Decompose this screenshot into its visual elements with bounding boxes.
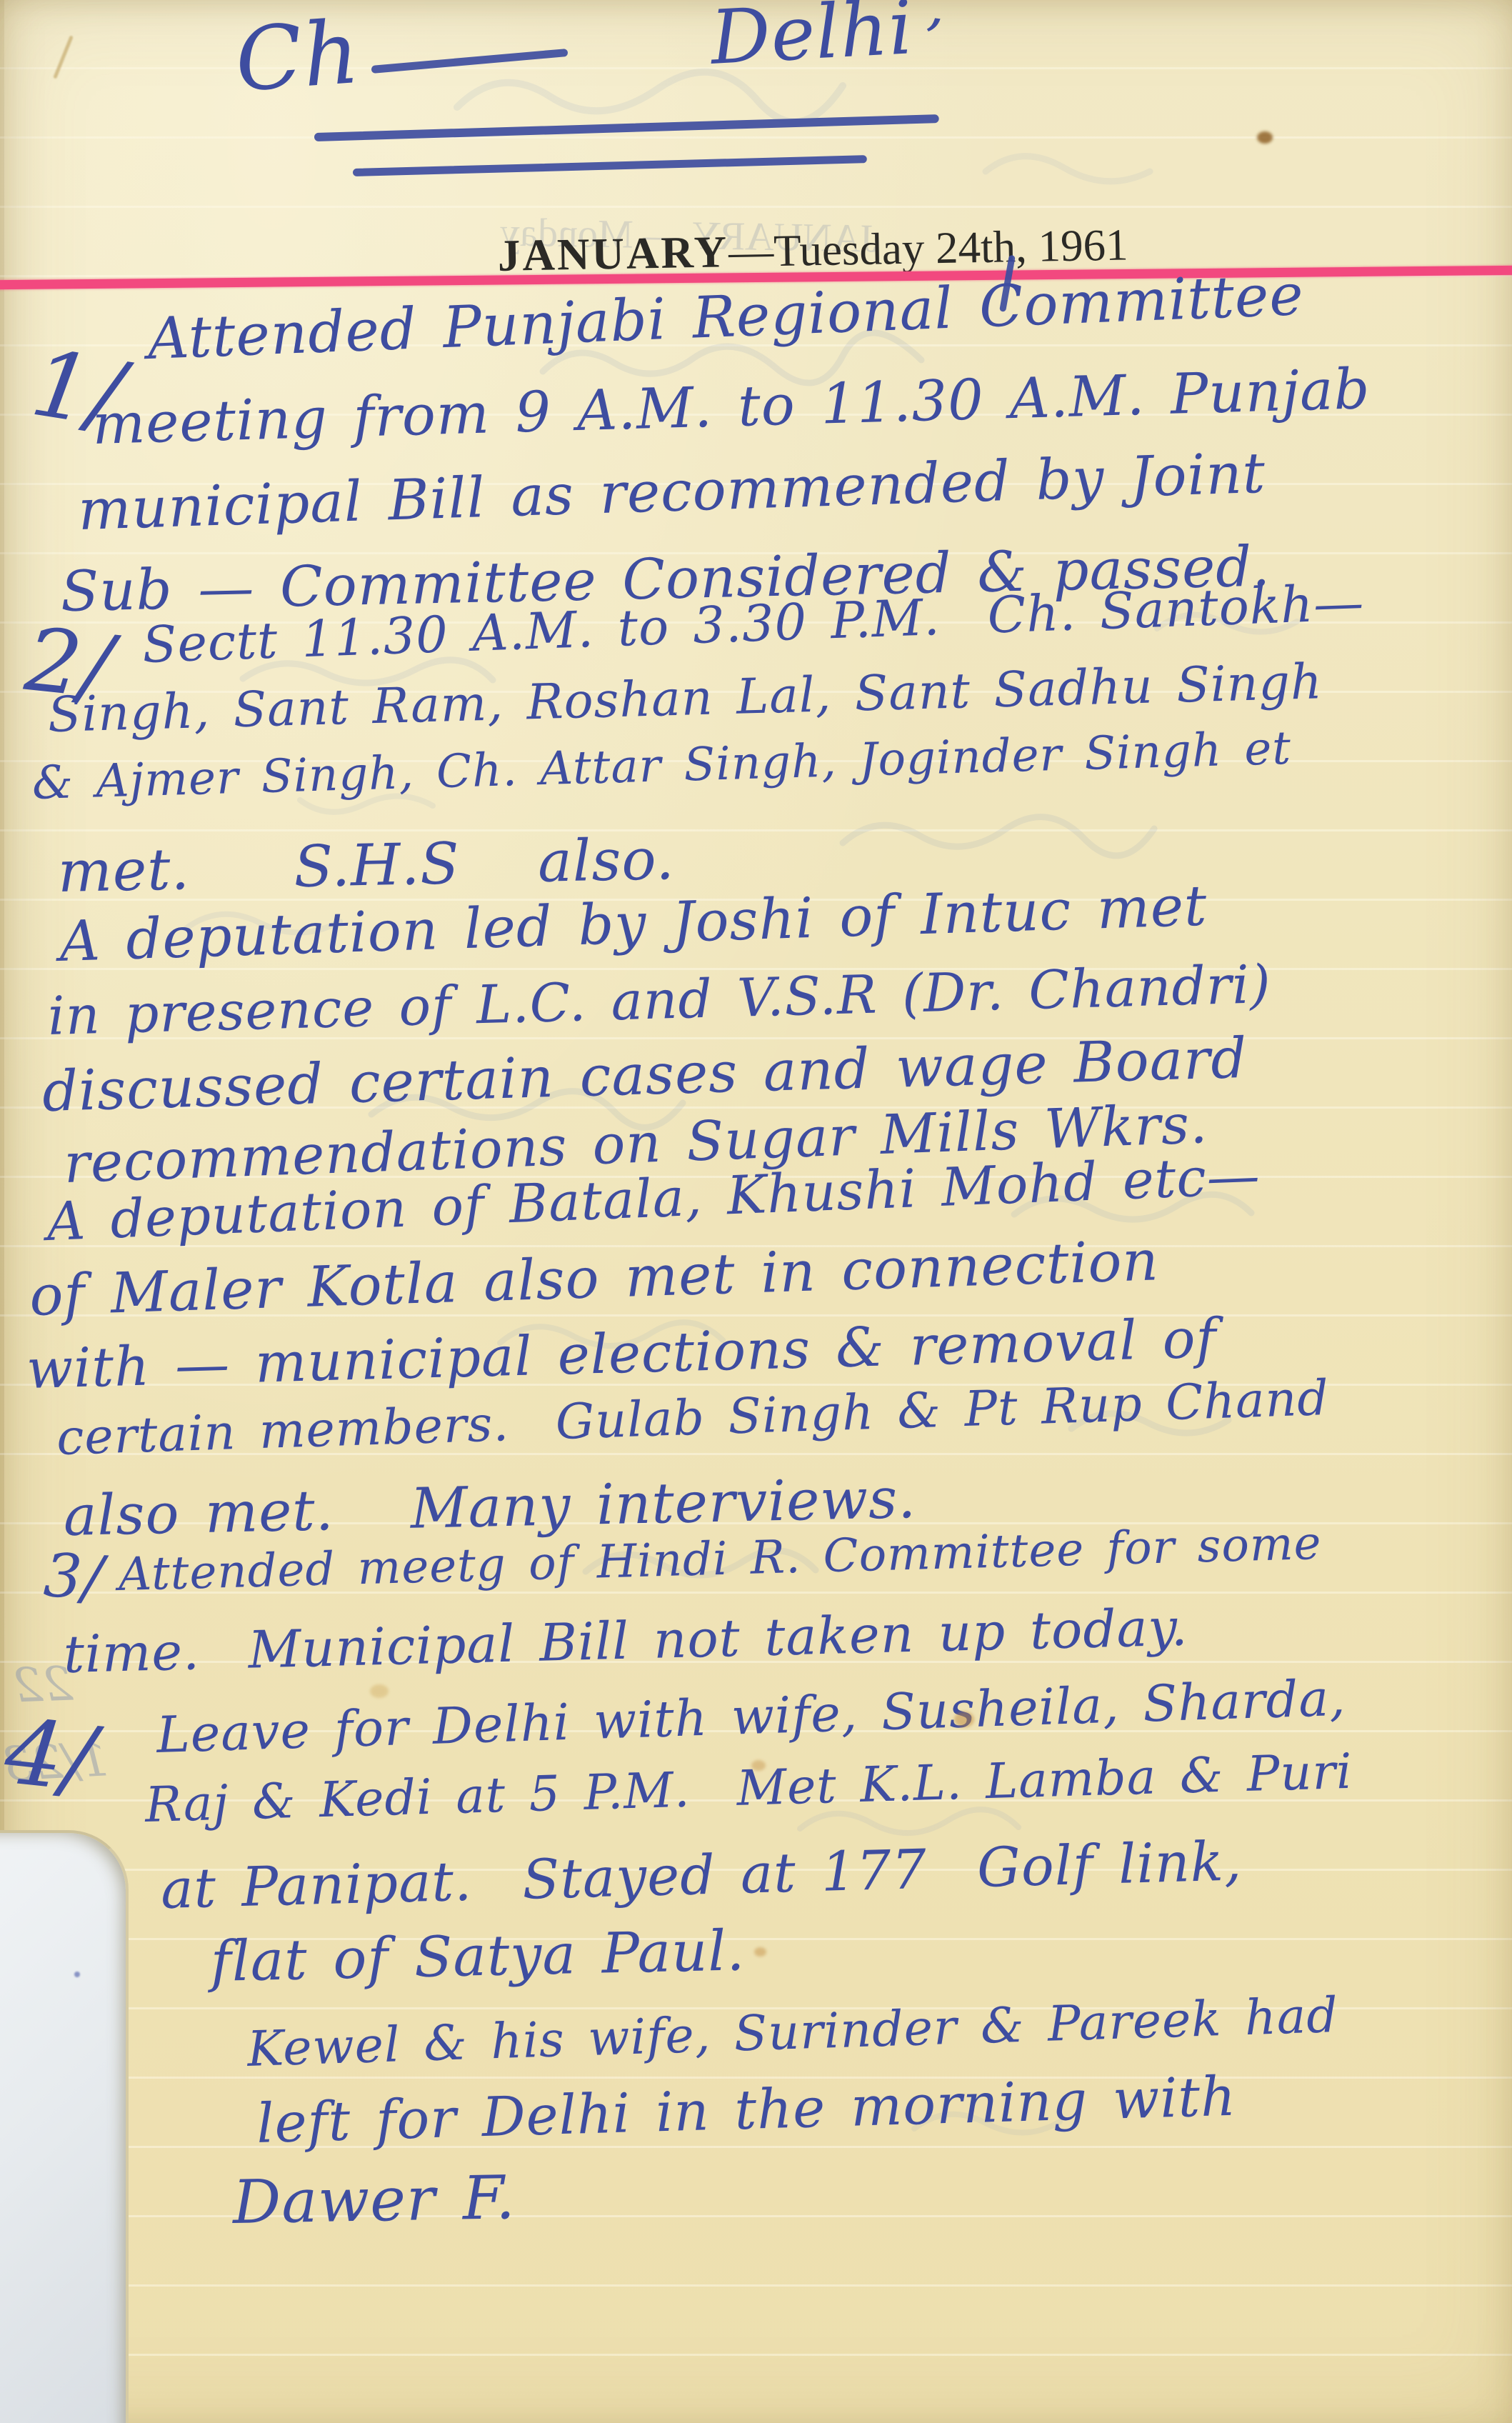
ink-speck — [74, 1972, 80, 1977]
printed-month: JANUARY — [497, 226, 729, 281]
age-spot — [370, 1684, 389, 1698]
age-spot — [1257, 131, 1273, 144]
diary-page: 22 1/23 JANUARY — Monday Ch Delhi ’ JANU… — [0, 0, 1512, 2423]
age-spot — [751, 1760, 766, 1771]
title-location-prefix: Ch — [232, 1, 363, 111]
torn-corner — [0, 1830, 129, 2423]
handwritten-line: flat of Satya Paul. — [210, 1919, 746, 1994]
list-marker-3: 3/ — [42, 1540, 106, 1613]
title-location: Delhi — [709, 0, 915, 81]
list-marker-4: 4/ — [1, 1699, 100, 1812]
printed-date: —Tuesday 24th, 1961 — [728, 219, 1128, 276]
age-spot — [954, 1712, 974, 1727]
age-spot — [754, 1947, 766, 1957]
handwritten-line: Dawer F. — [232, 2162, 516, 2237]
